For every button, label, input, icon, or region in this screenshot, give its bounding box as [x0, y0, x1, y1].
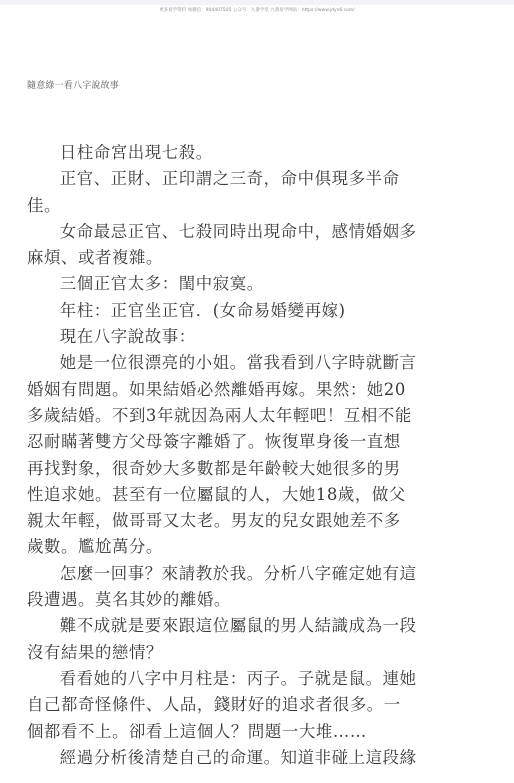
watermark-header: 更多易学资料 加微信：904407505 公众号：九番学堂 九番易学网站：htt… — [0, 5, 514, 17]
body-text: 日柱命宮出現七殺。 正官、正財、正印謂之三奇，命中俱現多半命佳。 女命最忌正官、… — [27, 140, 417, 771]
paragraph: 女命最忌正官、七殺同時出現命中，感情婚姻多麻煩、或者複雜。 — [27, 219, 417, 272]
paragraph: 正官、正財、正印謂之三奇，命中俱現多半命佳。 — [27, 166, 417, 219]
paragraph: 三個正官太多：閨中寂寞。 — [27, 271, 417, 297]
paragraph: 怎麼一回事？來請教於我。分析八字確定她有這段遭遇。莫名其妙的離婚。 — [27, 561, 417, 614]
paragraph: 看看她的八字中月柱是：丙子。子就是鼠。連她自己都奇怪條件、人品，錢財好的追求者很… — [27, 666, 417, 745]
paragraph: 年柱：正官坐正官．(女命易婚變再嫁) — [27, 298, 417, 324]
paragraph: 她是一位很漂亮的小姐。當我看到八字時就斷言婚姻有問題。如果結婚必然離婚再嫁。果然… — [27, 350, 417, 560]
paragraph: 現在八字說故事： — [27, 324, 417, 350]
paragraph: 日柱命宮出現七殺。 — [27, 140, 417, 166]
running-head: 隨意綠一看八字說故事 — [27, 78, 119, 91]
paragraph: 難不成就是要來跟這位屬鼠的男人結識成為一段沒有結果的戀情？ — [27, 613, 417, 666]
paragraph: 經過分析後清楚自己的命運。知道非碰上這段緣 — [27, 745, 417, 771]
